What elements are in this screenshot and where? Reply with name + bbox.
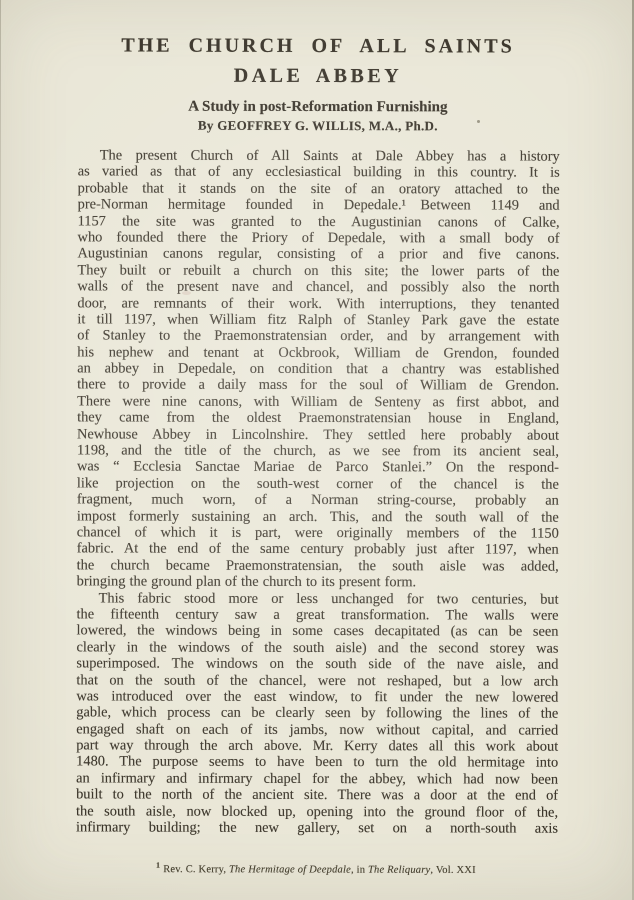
text-line: The present Church of All Saints at Dale… xyxy=(78,147,560,165)
text-line: there to provide a daily mass for the so… xyxy=(77,377,559,395)
article-subtitle: A Study in post-Reformation Furnishing xyxy=(1,98,634,117)
text-line: an abbey in Depedale, on condition that … xyxy=(77,360,559,378)
text-line: superimposed. The windows on the south s… xyxy=(76,655,558,673)
text-line: built to the north of the ancient site. … xyxy=(76,787,558,805)
text-line: part way through the arch above. Mr. Ker… xyxy=(76,737,558,755)
text-line: They built or rebuilt a church on this s… xyxy=(77,262,559,280)
text-line: an infirmary and infirmary chapel for th… xyxy=(76,770,558,788)
text-line: pre-Norman hermitage founded in Depedale… xyxy=(78,197,560,215)
footnote: 1Rev. C. Kerry, The Hermitage of Deepdal… xyxy=(0,861,633,877)
footnote-text-segment: Rev. C. Kerry, xyxy=(163,865,229,876)
text-line: Augustinian canons regular, consisting o… xyxy=(77,246,559,264)
text-line: walls of the present nave and chancel, a… xyxy=(77,278,559,296)
scanned-page: THE CHURCH OF ALL SAINTS DALE ABBEY A St… xyxy=(0,0,634,900)
text-line: the church became Praemonstratensian, th… xyxy=(77,557,559,575)
text-line: who founded there the Priory of Depedale… xyxy=(78,229,560,247)
article-title-line1: THE CHURCH OF ALL SAINTS xyxy=(1,34,634,58)
paragraph: This fabric stood more or less unchanged… xyxy=(76,590,559,837)
text-line: chancel of which it is part, were origin… xyxy=(77,524,559,542)
text-line: 1157 the site was granted to the Augusti… xyxy=(78,213,560,231)
text-line: gable, which process can be clearly seen… xyxy=(76,705,558,723)
text-line: engaged shaft on each of its jambs, now … xyxy=(76,721,558,739)
text-line: 1480. The purpose seems to have been to … xyxy=(76,754,558,772)
text-line: impost formerly sustaining an arch. This… xyxy=(77,508,559,526)
article-header: THE CHURCH OF ALL SAINTS DALE ABBEY A St… xyxy=(1,0,634,135)
text-line: that on the south of the chancel, were n… xyxy=(76,672,558,690)
text-line: lowered, the windows being in some cases… xyxy=(77,623,559,641)
text-line: as varied as that of any ecclesiastical … xyxy=(78,164,560,182)
text-line: of Stanley to the Praemonstratensian ord… xyxy=(77,328,559,346)
text-line: like projection on the south-west corner… xyxy=(77,475,559,493)
article-body: The present Church of All Saints at Dale… xyxy=(76,147,560,837)
text-line: was “ Ecclesia Sanctae Mariae de Parco S… xyxy=(77,459,559,477)
footnote-text-segment: , Vol. XXI xyxy=(430,865,475,876)
text-line: the fifteenth century saw a great transf… xyxy=(77,606,559,624)
text-line: fragment, much worn, of a Norman string-… xyxy=(77,492,559,510)
page-content: THE CHURCH OF ALL SAINTS DALE ABBEY A St… xyxy=(0,0,634,900)
text-line: bringing the ground plan of the church t… xyxy=(77,574,559,592)
text-line: Newhouse Abbey in Lincolnshire. They set… xyxy=(77,426,559,444)
paragraph: The present Church of All Saints at Dale… xyxy=(77,147,560,591)
text-line: 1198, and the title of the church, as we… xyxy=(77,442,559,460)
text-line: his nephew and tenant at Ockbrook, Willi… xyxy=(77,344,559,362)
scan-speck xyxy=(477,120,480,123)
text-line: fabric. At the end of the same century p… xyxy=(77,541,559,559)
text-line: was introduced over the east window, to … xyxy=(76,688,558,706)
footnote-work-title: The Reliquary xyxy=(368,865,430,876)
text-line: they came from the oldest Praemonstraten… xyxy=(77,410,559,428)
text-line: There were nine canons, with William de … xyxy=(77,393,559,411)
text-line: it till 1197, when William fitz Ralph of… xyxy=(77,311,559,329)
text-line: door, are remnants of their work. With i… xyxy=(77,295,559,313)
text-line: the south aisle, now blocked up, opening… xyxy=(76,803,558,821)
footnote-work-title: The Hermitage of Deepdale xyxy=(229,865,351,876)
scan-smudge xyxy=(182,291,191,295)
text-line: probable that it stands on the site of a… xyxy=(78,180,560,198)
footnote-text-segment: , in xyxy=(351,865,368,876)
article-byline: By GEOFFREY G. WILLIS, M.A., Ph.D. xyxy=(1,117,634,135)
text-line: This fabric stood more or less unchanged… xyxy=(77,590,559,608)
scan-edge-left xyxy=(0,0,1,405)
footnote-text: Rev. C. Kerry, The Hermitage of Deepdale… xyxy=(163,865,476,877)
article-title-line2: DALE ABBEY xyxy=(1,64,634,88)
text-line: clearly in the windows of the south aisl… xyxy=(76,639,558,657)
footnote-marker: 1 xyxy=(156,861,160,870)
text-line: infirmary building; the new gallery, set… xyxy=(76,819,558,837)
